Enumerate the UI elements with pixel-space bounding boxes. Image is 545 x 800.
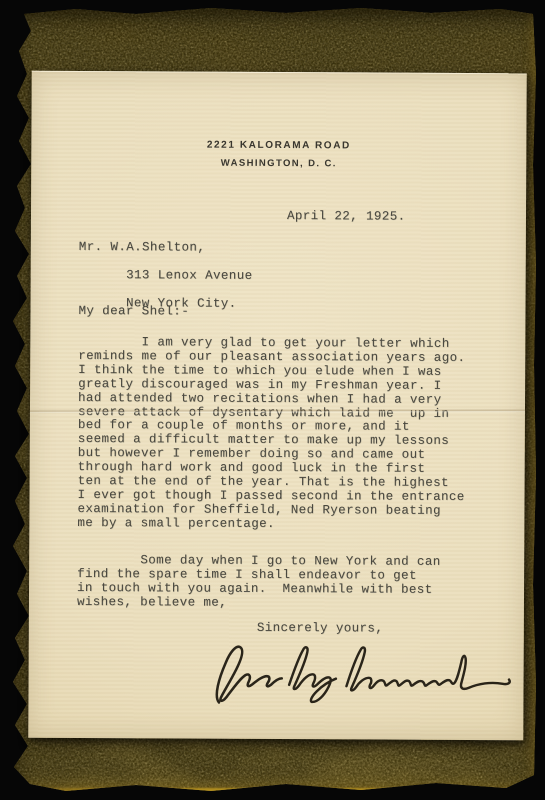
salutation: My dear Shel:-	[78, 305, 189, 319]
signature-stroke-john	[217, 647, 282, 703]
letterhead-city-line: WASHINGTON, D. C.	[31, 157, 526, 171]
signature-stroke-hays	[289, 647, 336, 702]
recipient-name: Mr. W.A.Shelton,	[79, 240, 205, 255]
body-paragraph-2: Some day when I go to New York and can f…	[77, 554, 441, 612]
letter-paper: 2221 KALORAMA ROAD WASHINGTON, D. C. Apr…	[28, 71, 526, 741]
closing-line: Sincerely yours,	[257, 622, 383, 637]
recipient-street: 313 Lenox Avenue	[126, 268, 252, 283]
letterhead-street-line: 2221 KALORAMA ROAD	[31, 139, 526, 153]
fold-crease	[30, 409, 525, 414]
date-line: April 22, 1925.	[287, 210, 406, 225]
signature-stroke-hammond	[346, 647, 509, 691]
scanned-letter-photo: 2221 KALORAMA ROAD WASHINGTON, D. C. Apr…	[0, 0, 545, 800]
signature-john-hays-hammond	[210, 637, 518, 709]
body-paragraph-1: I am very glad to get your letter which …	[77, 336, 465, 533]
